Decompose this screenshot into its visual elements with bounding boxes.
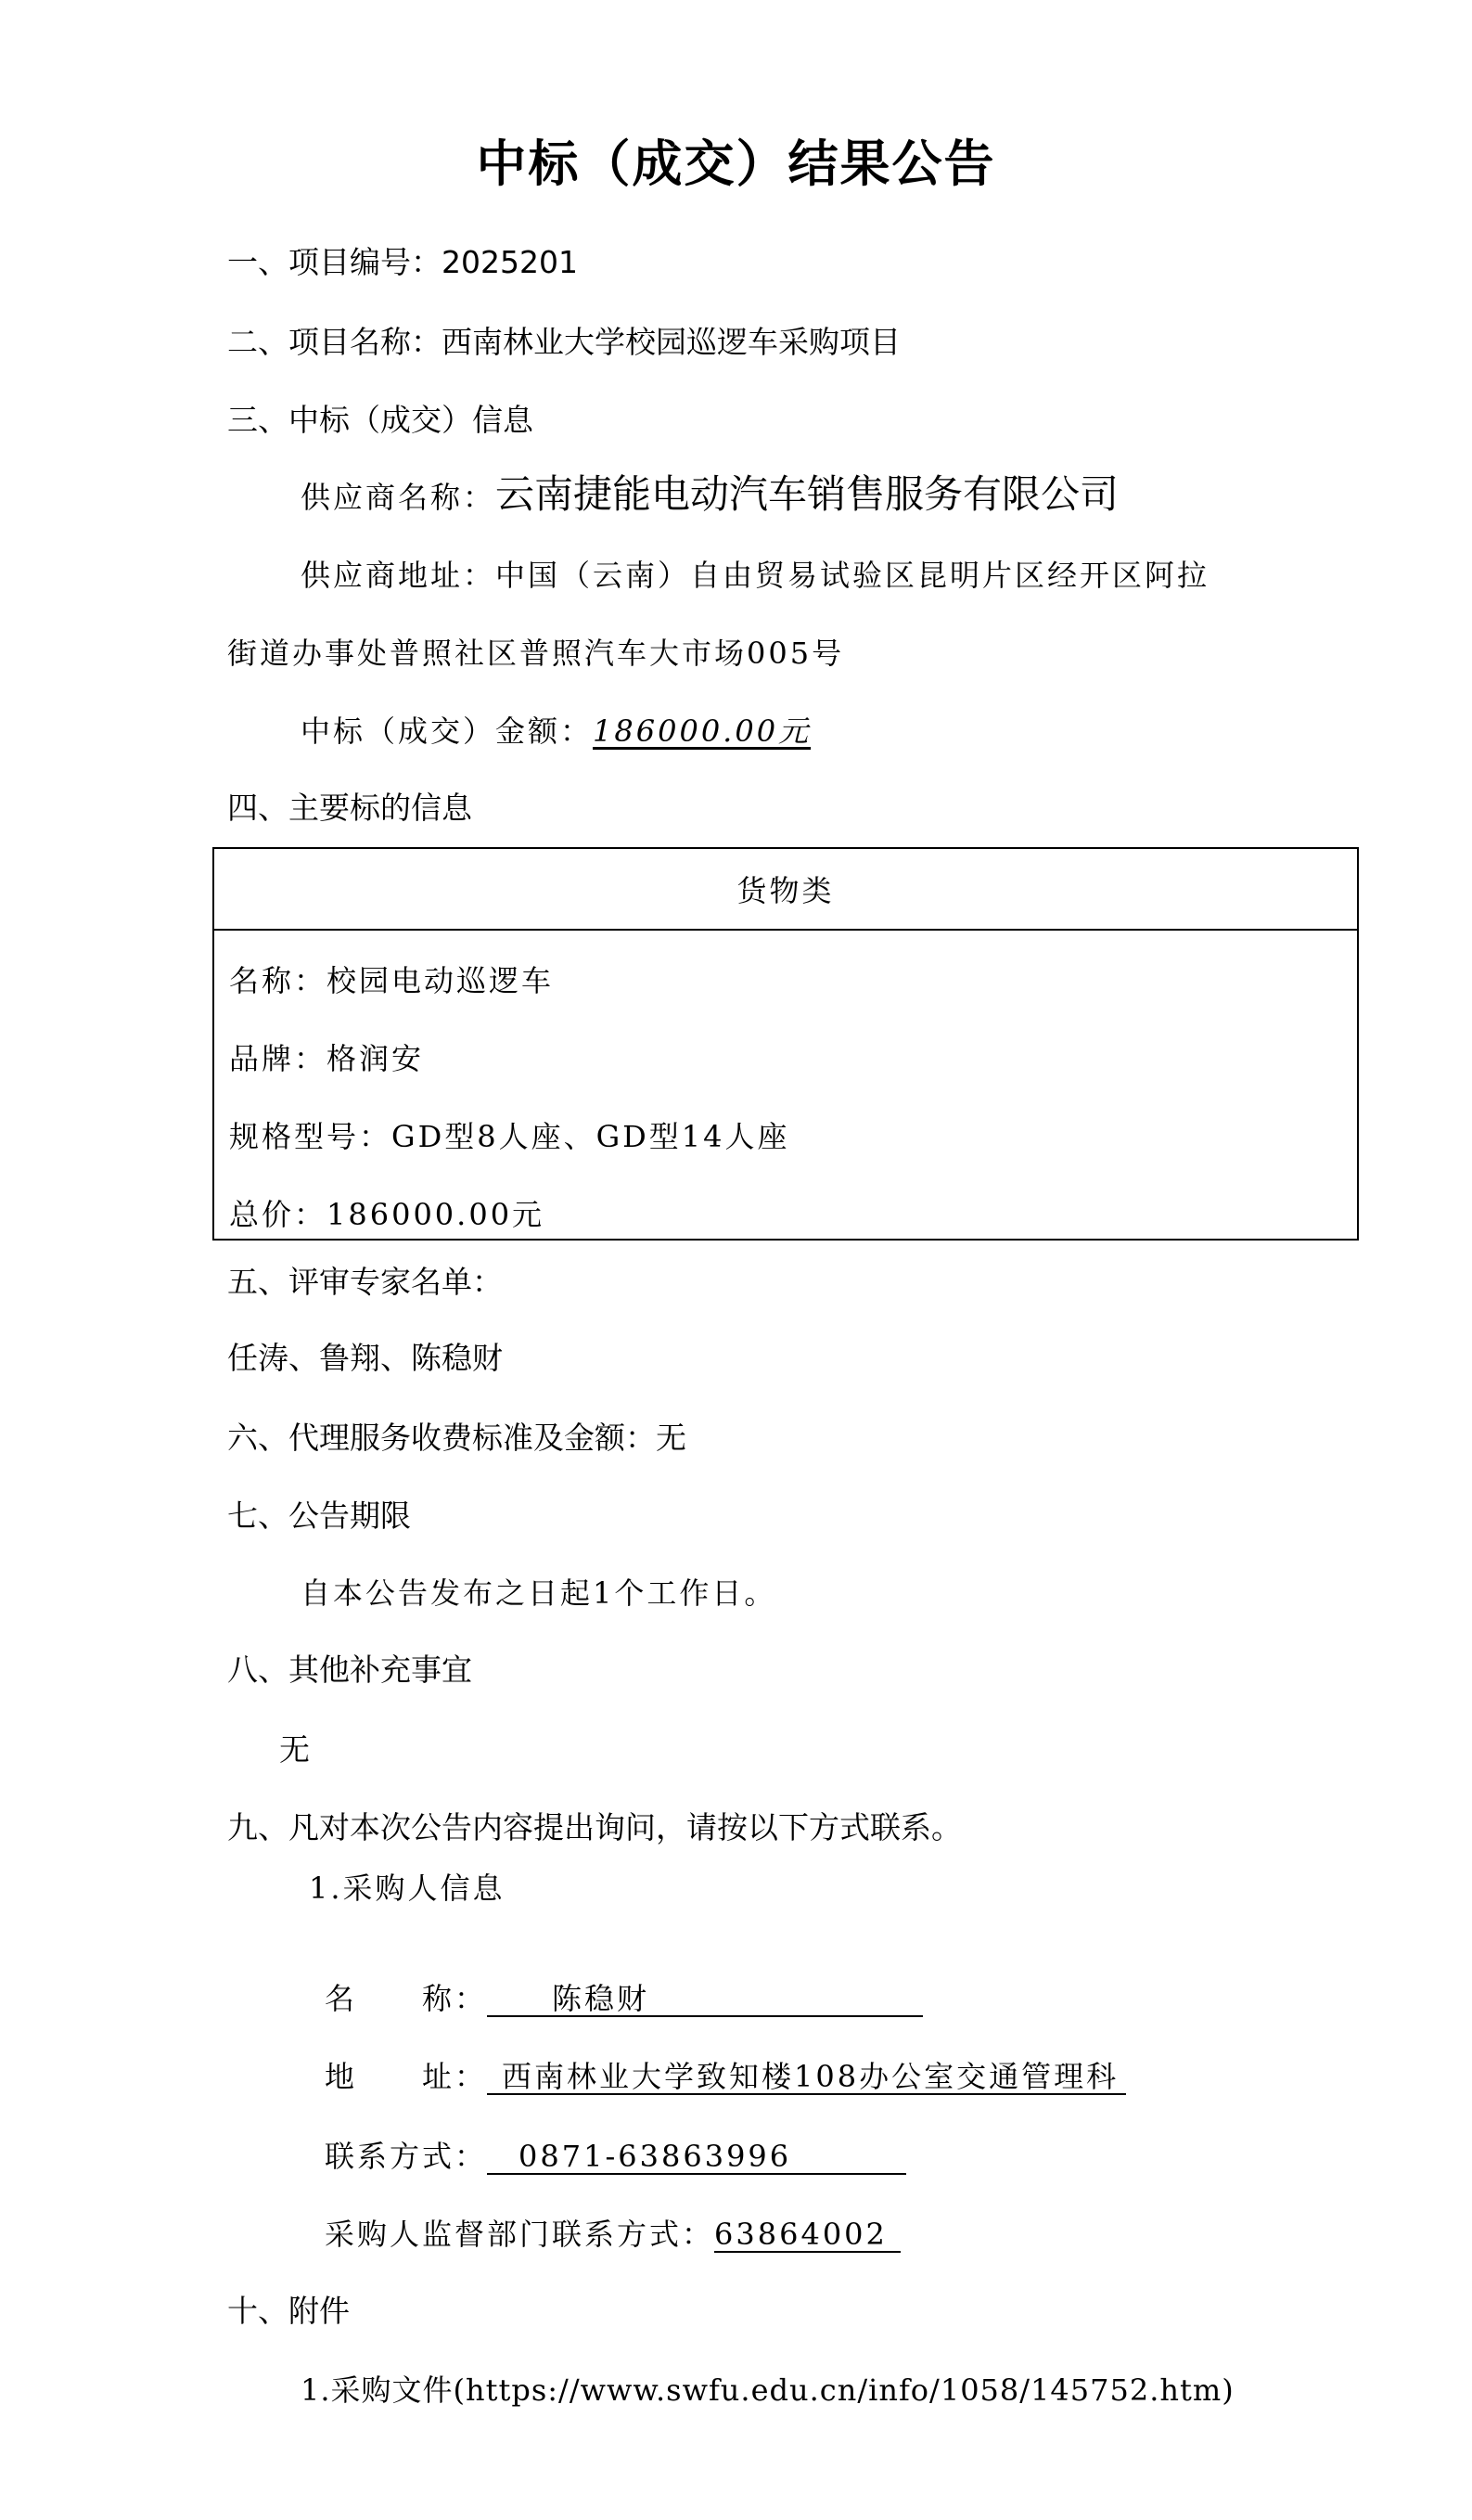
supplier-address-label: 供应商地址： <box>301 558 495 593</box>
purchaser-name-value: 陈稳财 <box>487 1984 923 2017</box>
purchaser-address-value: 西南林业大学致知楼108办公室交通管理科 <box>487 2062 1126 2095</box>
purchaser-name: 名 称：陈稳财 <box>325 1984 923 2017</box>
purchaser-contact: 联系方式：0871-63863996 <box>325 2141 906 2175</box>
purchaser-contact-value: 0871-63863996 <box>487 2141 906 2175</box>
table-row: 品牌：格润安 <box>229 1044 424 1074</box>
section-10-heading: 十、附件 <box>227 2295 350 2326</box>
project-name-label: 二、项目名称： <box>227 324 442 360</box>
other-matters-value: 无 <box>279 1734 310 1765</box>
section-5-heading: 五、评审专家名单： <box>227 1266 503 1297</box>
supplier-name-label: 供应商名称： <box>301 480 495 515</box>
award-amount-value: 186000.00元 <box>593 714 811 749</box>
announcement-period: 自本公告发布之日起1个工作日。 <box>301 1578 776 1608</box>
section-7-heading: 七、公告期限 <box>227 1500 411 1531</box>
section-4-heading: 四、主要标的信息 <box>227 792 472 823</box>
table-header: 货物类 <box>214 849 1357 931</box>
project-number-label: 一、项目编号： <box>227 244 442 280</box>
table-row: 规格型号：GD型8人座、GD型14人座 <box>229 1122 790 1151</box>
project-name: 二、项目名称：西南林业大学校园巡逻车采购项目 <box>227 327 901 357</box>
award-amount: 中标（成交）金额：186000.00元 <box>301 716 811 746</box>
supplier-address-line1: 中国（云南）自由贸易试验区昆明片区经开区阿拉 <box>495 558 1210 593</box>
table-row: 总价：186000.00元 <box>229 1200 544 1229</box>
section-3-heading: 三、中标（成交）信息 <box>227 405 533 435</box>
project-number: 一、项目编号：2025201 <box>227 247 578 277</box>
supervisor-contact-value: 63864002 <box>714 2219 901 2253</box>
expert-names: 任涛、鲁翔、陈稳财 <box>227 1343 503 1373</box>
subject-info-table: 货物类 名称：校园电动巡逻车 品牌：格润安 规格型号：GD型8人座、GD型14人… <box>212 847 1359 1241</box>
supplier-name: 供应商名称：云南捷能电动汽车销售服务有限公司 <box>301 475 1119 514</box>
section-8-heading: 八、其他补充事宜 <box>227 1654 472 1685</box>
table-row: 名称：校园电动巡逻车 <box>229 966 554 996</box>
attachment-link[interactable]: 1.采购文件(https://www.swfu.edu.cn/info/1058… <box>301 2375 1235 2405</box>
section-6-heading: 六、代理服务收费标准及金额：无 <box>227 1422 686 1453</box>
project-name-value: 西南林业大学校园巡逻车采购项目 <box>442 324 901 360</box>
supplier-address-line2: 街道办事处普照社区普照汽车大市场005号 <box>227 638 844 668</box>
supervisor-contact: 采购人监督部门联系方式：63864002 <box>325 2219 901 2253</box>
purchaser-address: 地 址：西南林业大学致知楼108办公室交通管理科 <box>325 2062 1126 2095</box>
purchaser-contact-label: 联系方式： <box>325 2139 487 2174</box>
page-title: 中标（成交）结果公告 <box>0 139 1472 189</box>
supplier-name-value: 云南捷能电动汽车销售服务有限公司 <box>495 471 1119 517</box>
supervisor-contact-label: 采购人监督部门联系方式： <box>325 2217 714 2252</box>
purchaser-info-heading: 1.采购人信息 <box>309 1873 506 1903</box>
award-amount-label: 中标（成交）金额： <box>301 714 593 749</box>
project-number-value: 2025201 <box>442 244 578 280</box>
section-9-heading: 九、凡对本次公告内容提出询问，请按以下方式联系。 <box>227 1812 962 1843</box>
purchaser-address-label: 地 址： <box>325 2059 487 2094</box>
supplier-address: 供应商地址：中国（云南）自由贸易试验区昆明片区经开区阿拉 <box>301 560 1210 590</box>
purchaser-name-label: 名 称： <box>325 1981 487 2016</box>
